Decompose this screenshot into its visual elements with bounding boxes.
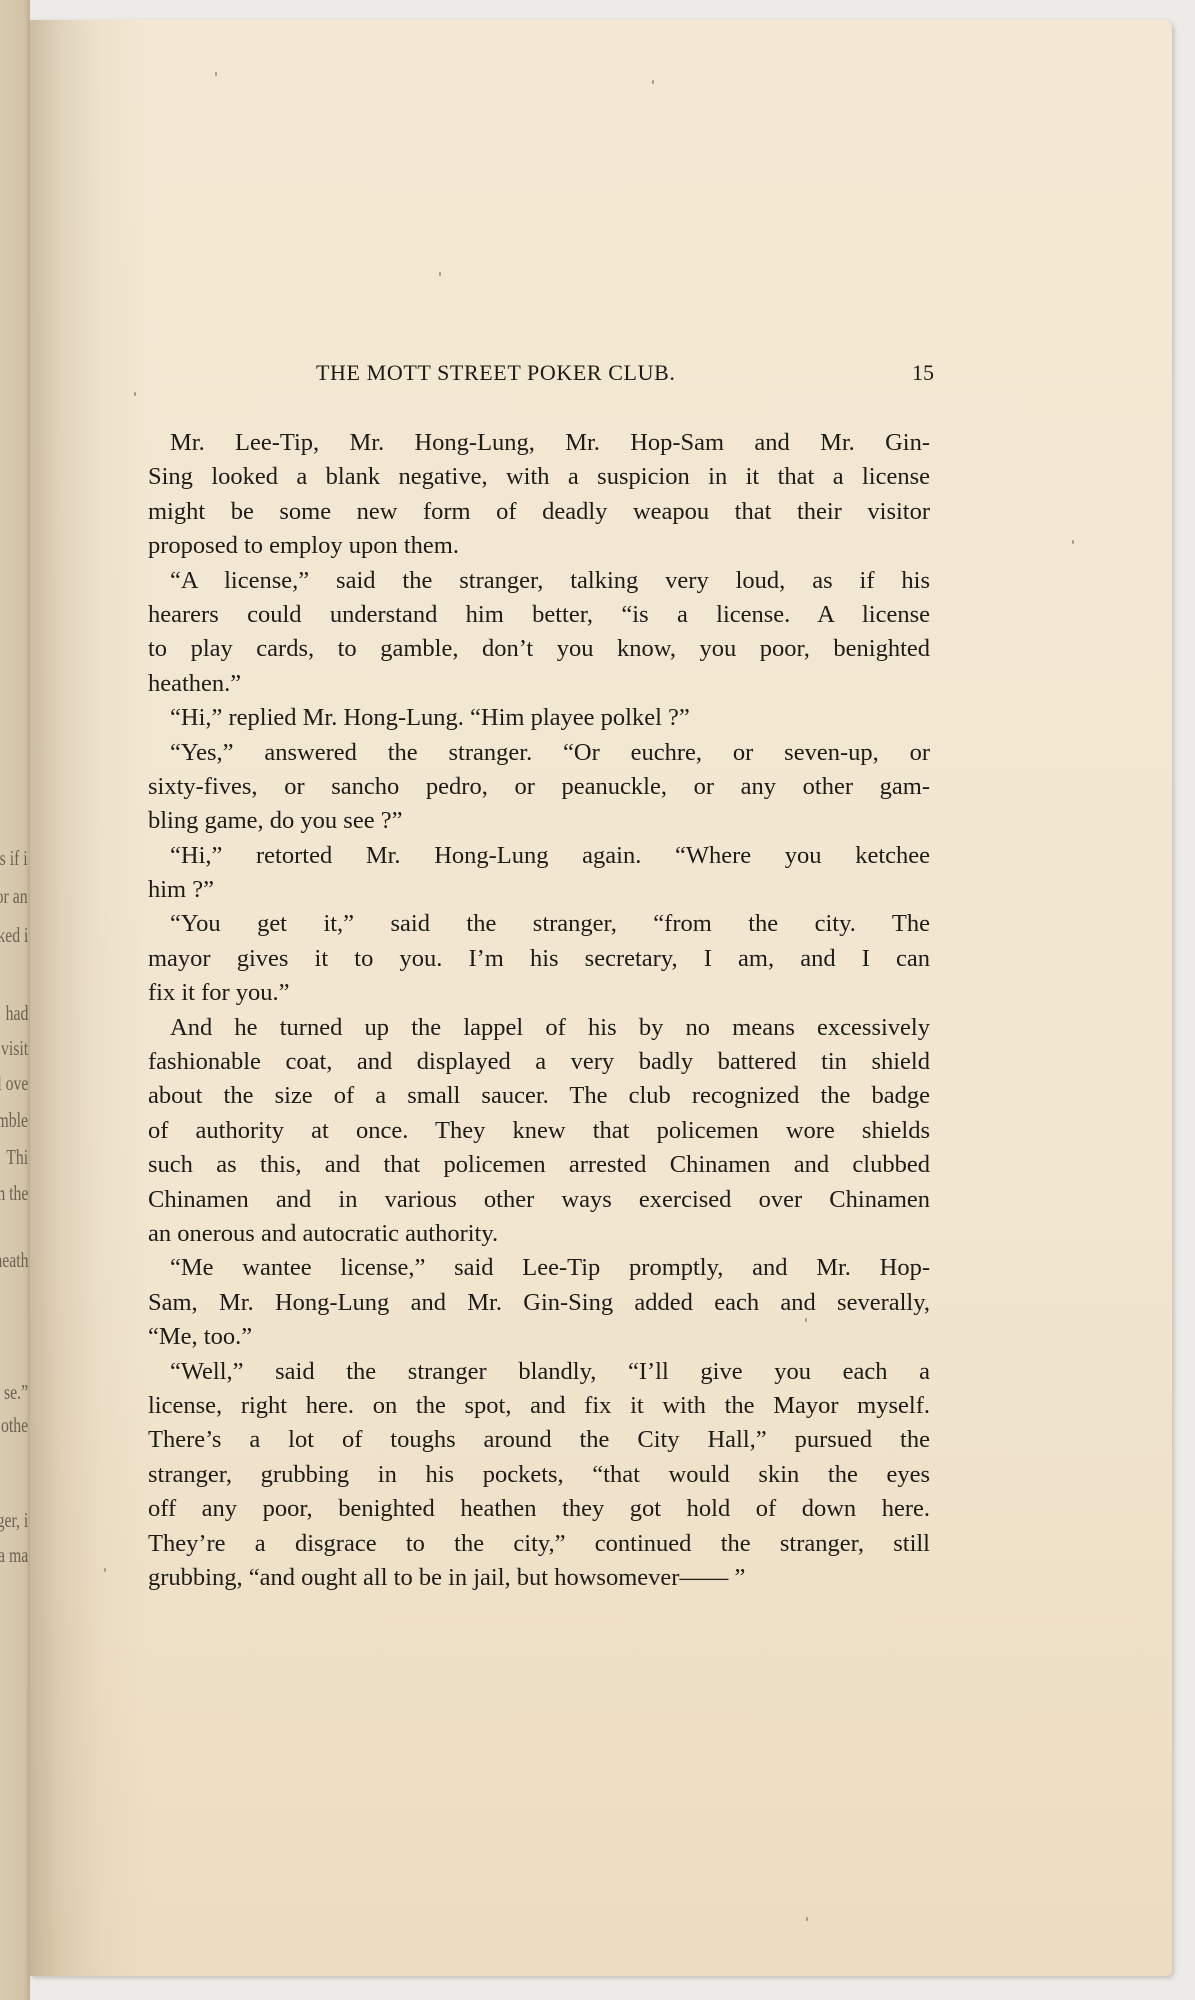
paragraph: “Hi,” retorted Mr. Hong-Lung again. “Whe… bbox=[148, 839, 930, 908]
text-line: “A license,” said the stranger, talking … bbox=[148, 564, 930, 598]
running-head: THE MOTT STREET POKER CLUB. 15 bbox=[316, 360, 934, 390]
paragraph: “Hi,” replied Mr. Hong-Lung. “Him playee… bbox=[148, 701, 930, 735]
facing-page-text-fragment: as if i bbox=[0, 848, 28, 869]
facing-page-text-fragment: a ma bbox=[0, 1545, 28, 1566]
text-line: off any poor, benighted heathen they got… bbox=[148, 1492, 930, 1526]
facing-page-text-fragment: had bbox=[5, 1003, 28, 1024]
text-line: bling game, do you see ?” bbox=[148, 804, 930, 838]
text-line: might be some new form of deadly weapou … bbox=[148, 495, 930, 529]
text-line: Sam, Mr. Hong-Lung and Mr. Gin-Sing adde… bbox=[148, 1286, 930, 1320]
text-line: They’re a disgrace to the city,” continu… bbox=[148, 1527, 930, 1561]
facing-page-text-fragment: ked i bbox=[0, 925, 28, 946]
text-line: an onerous and autocratic authority. bbox=[148, 1217, 930, 1251]
paper-speck bbox=[805, 1318, 807, 1322]
text-line: heathen.” bbox=[148, 667, 930, 701]
text-line: such as this, and that policemen arreste… bbox=[148, 1148, 930, 1182]
page-number: 15 bbox=[912, 360, 934, 386]
facing-page-text-fragment: ger, i bbox=[0, 1510, 28, 1531]
text-line: fix it for you.” bbox=[148, 976, 930, 1010]
text-line: stranger, grubbing in his pockets, “that… bbox=[148, 1458, 930, 1492]
facing-page-text-fragment: visit bbox=[1, 1038, 28, 1059]
text-line: him ?” bbox=[148, 873, 930, 907]
paragraph: “Well,” said the stranger blandly, “I’ll… bbox=[148, 1355, 930, 1596]
text-line: “Yes,” answered the stranger. “Or euchre… bbox=[148, 736, 930, 770]
text-line: license, right here. on the spot, and fi… bbox=[148, 1389, 930, 1423]
text-line: “Hi,” retorted Mr. Hong-Lung again. “Whe… bbox=[148, 839, 930, 873]
text-line: to play cards, to gamble, don’t you know… bbox=[148, 632, 930, 666]
body-text: Mr. Lee-Tip, Mr. Hong-Lung, Mr. Hop-Sam … bbox=[148, 426, 930, 1595]
running-title: THE MOTT STREET POKER CLUB. bbox=[316, 360, 675, 386]
paragraph: “You get it,” said the stranger, “from t… bbox=[148, 907, 930, 1010]
text-line: grubbing, “and ought all to be in jail, … bbox=[148, 1561, 930, 1595]
text-line: about the size of a small saucer. The cl… bbox=[148, 1079, 930, 1113]
paragraph: And he turned up the lappel of his by no… bbox=[148, 1011, 930, 1252]
paragraph: “Me wantee license,” said Lee-Tip prompt… bbox=[148, 1251, 930, 1354]
paper-speck bbox=[104, 1568, 106, 1572]
text-line: Sing looked a blank negative, with a sus… bbox=[148, 460, 930, 494]
paragraph: “Yes,” answered the stranger. “Or euchre… bbox=[148, 736, 930, 839]
facing-page-text-fragment: Thi bbox=[6, 1147, 28, 1168]
paper-speck bbox=[1072, 540, 1074, 544]
text-line: “Me wantee license,” said Lee-Tip prompt… bbox=[148, 1251, 930, 1285]
paper-speck bbox=[806, 1917, 808, 1921]
text-line: proposed to employ upon them. bbox=[148, 529, 930, 563]
text-line: And he turned up the lappel of his by no… bbox=[148, 1011, 930, 1045]
text-line: sixty-fives, or sancho pedro, or peanuck… bbox=[148, 770, 930, 804]
facing-page-edge: as if ior anked ihadvisitl ovembleThin t… bbox=[0, 0, 30, 2000]
paper-speck bbox=[652, 80, 654, 84]
paragraph: Mr. Lee-Tip, Mr. Hong-Lung, Mr. Hop-Sam … bbox=[148, 426, 930, 564]
book-page: THE MOTT STREET POKER CLUB. 15 Mr. Lee-T… bbox=[30, 20, 1172, 1976]
facing-page-text-fragment: othe bbox=[1, 1415, 28, 1436]
facing-page-text-fragment: heath bbox=[0, 1250, 28, 1271]
text-line: hearers could understand him better, “is… bbox=[148, 598, 930, 632]
text-line: Chinamen and in various other ways exerc… bbox=[148, 1183, 930, 1217]
text-line: “Me, too.” bbox=[148, 1320, 930, 1354]
facing-page-text-fragment: n the bbox=[0, 1183, 28, 1204]
text-line: “You get it,” said the stranger, “from t… bbox=[148, 907, 930, 941]
paper-speck bbox=[134, 392, 136, 396]
paragraph: “A license,” said the stranger, talking … bbox=[148, 564, 930, 702]
facing-page-text-fragment: mble bbox=[0, 1110, 28, 1131]
facing-page-text-fragment: l ove bbox=[0, 1073, 28, 1094]
text-line: “Well,” said the stranger blandly, “I’ll… bbox=[148, 1355, 930, 1389]
paper-speck bbox=[215, 72, 217, 76]
text-line: Mr. Lee-Tip, Mr. Hong-Lung, Mr. Hop-Sam … bbox=[148, 426, 930, 460]
paper-speck bbox=[439, 272, 441, 276]
text-line: “Hi,” replied Mr. Hong-Lung. “Him playee… bbox=[148, 701, 930, 735]
facing-page-text-fragment: se.” bbox=[4, 1382, 28, 1403]
facing-page-text-fragment: or an bbox=[0, 886, 28, 907]
text-line: fashionable coat, and displayed a very b… bbox=[148, 1045, 930, 1079]
text-line: There’s a lot of toughs around the City … bbox=[148, 1423, 930, 1457]
text-line: of authority at once. They knew that pol… bbox=[148, 1114, 930, 1148]
text-line: mayor gives it to you. I’m his secretary… bbox=[148, 942, 930, 976]
